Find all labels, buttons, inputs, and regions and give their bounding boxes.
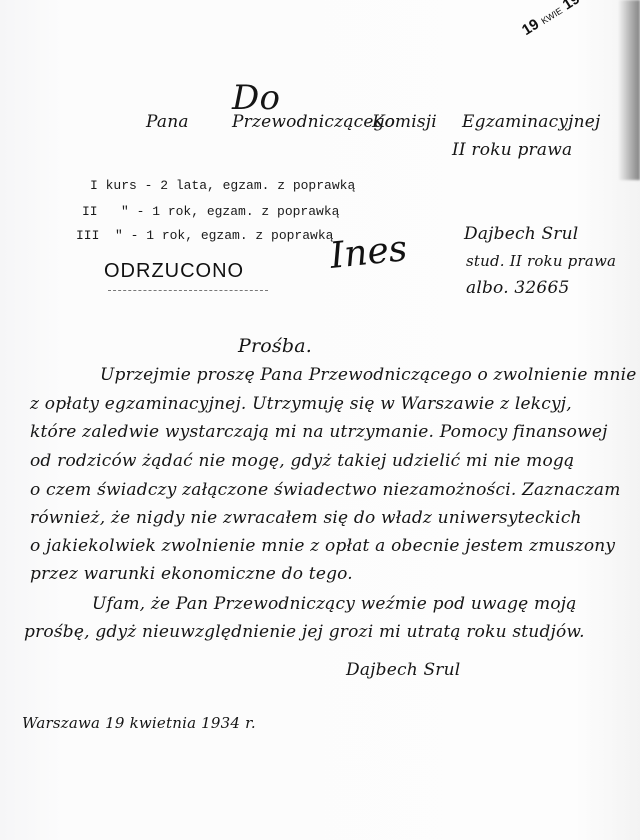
body-line: Uprzejmie proszę Pana Przewodniczącego o… [100, 365, 637, 385]
stamp-month: KWIE [539, 6, 564, 27]
rejected-stamp-underline [108, 290, 268, 291]
rejected-stamp: ODRZUCONO [104, 260, 244, 283]
addressee-word-pana: Pana [146, 112, 189, 132]
sender-album-number: albo. 32665 [466, 278, 569, 298]
scan-edge-shadow [618, 0, 640, 180]
received-date-stamp: 19 KWIE 1934 [519, 0, 597, 39]
body-line: z opłaty egzaminacyjnej. Utrzymuję się w… [30, 394, 572, 414]
body-line: przez warunki ekonomiczne do tego. [30, 564, 353, 584]
letter-title: Prośba. [238, 335, 312, 357]
body-line: prośbę, gdyż nieuwzględnienie jej grozi … [24, 622, 585, 642]
body-line: od rodziców żądać nie mogę, gdyż takiej … [30, 451, 574, 471]
stamp-year: 1934 [560, 0, 597, 14]
body-line: które zaledwie wystarczają mi na utrzyma… [30, 422, 608, 442]
closing-signature: Dajbech Srul [346, 660, 460, 680]
course-note-2: II " - 1 rok, egzam. z poprawką [82, 204, 339, 219]
addressee-word-commission: Komisji [372, 112, 437, 132]
addressee-word-chairman: Przewodniczącego [232, 112, 395, 132]
document-page: 19 KWIE 1934 Do Pana Przewodniczącego Ko… [0, 0, 640, 840]
course-note-1: I kurs - 2 lata, egzam. z poprawką [90, 178, 355, 193]
official-initials: Ines [328, 228, 409, 277]
body-line: o jakiekolwiek zwolnienie mnie z opłat a… [30, 536, 615, 556]
addressee-word-examination: Egzaminacyjnej [462, 112, 601, 132]
course-note-3: III " - 1 rok, egzam. z poprawką [76, 228, 333, 243]
place-and-date: Warszawa 19 kwietnia 1934 r. [22, 714, 256, 732]
stamp-day: 19 [519, 16, 542, 39]
addressee-line2: II roku prawa [452, 140, 572, 160]
body-line: Ufam, że Pan Przewodniczący weźmie pod u… [92, 594, 577, 614]
sender-name: Dajbech Srul [464, 224, 578, 244]
sender-status: stud. II roku prawa [466, 252, 616, 270]
body-line: o czem świadczy załączone świadectwo nie… [30, 480, 621, 500]
body-line: również, że nigdy nie zwracałem się do w… [30, 508, 582, 528]
